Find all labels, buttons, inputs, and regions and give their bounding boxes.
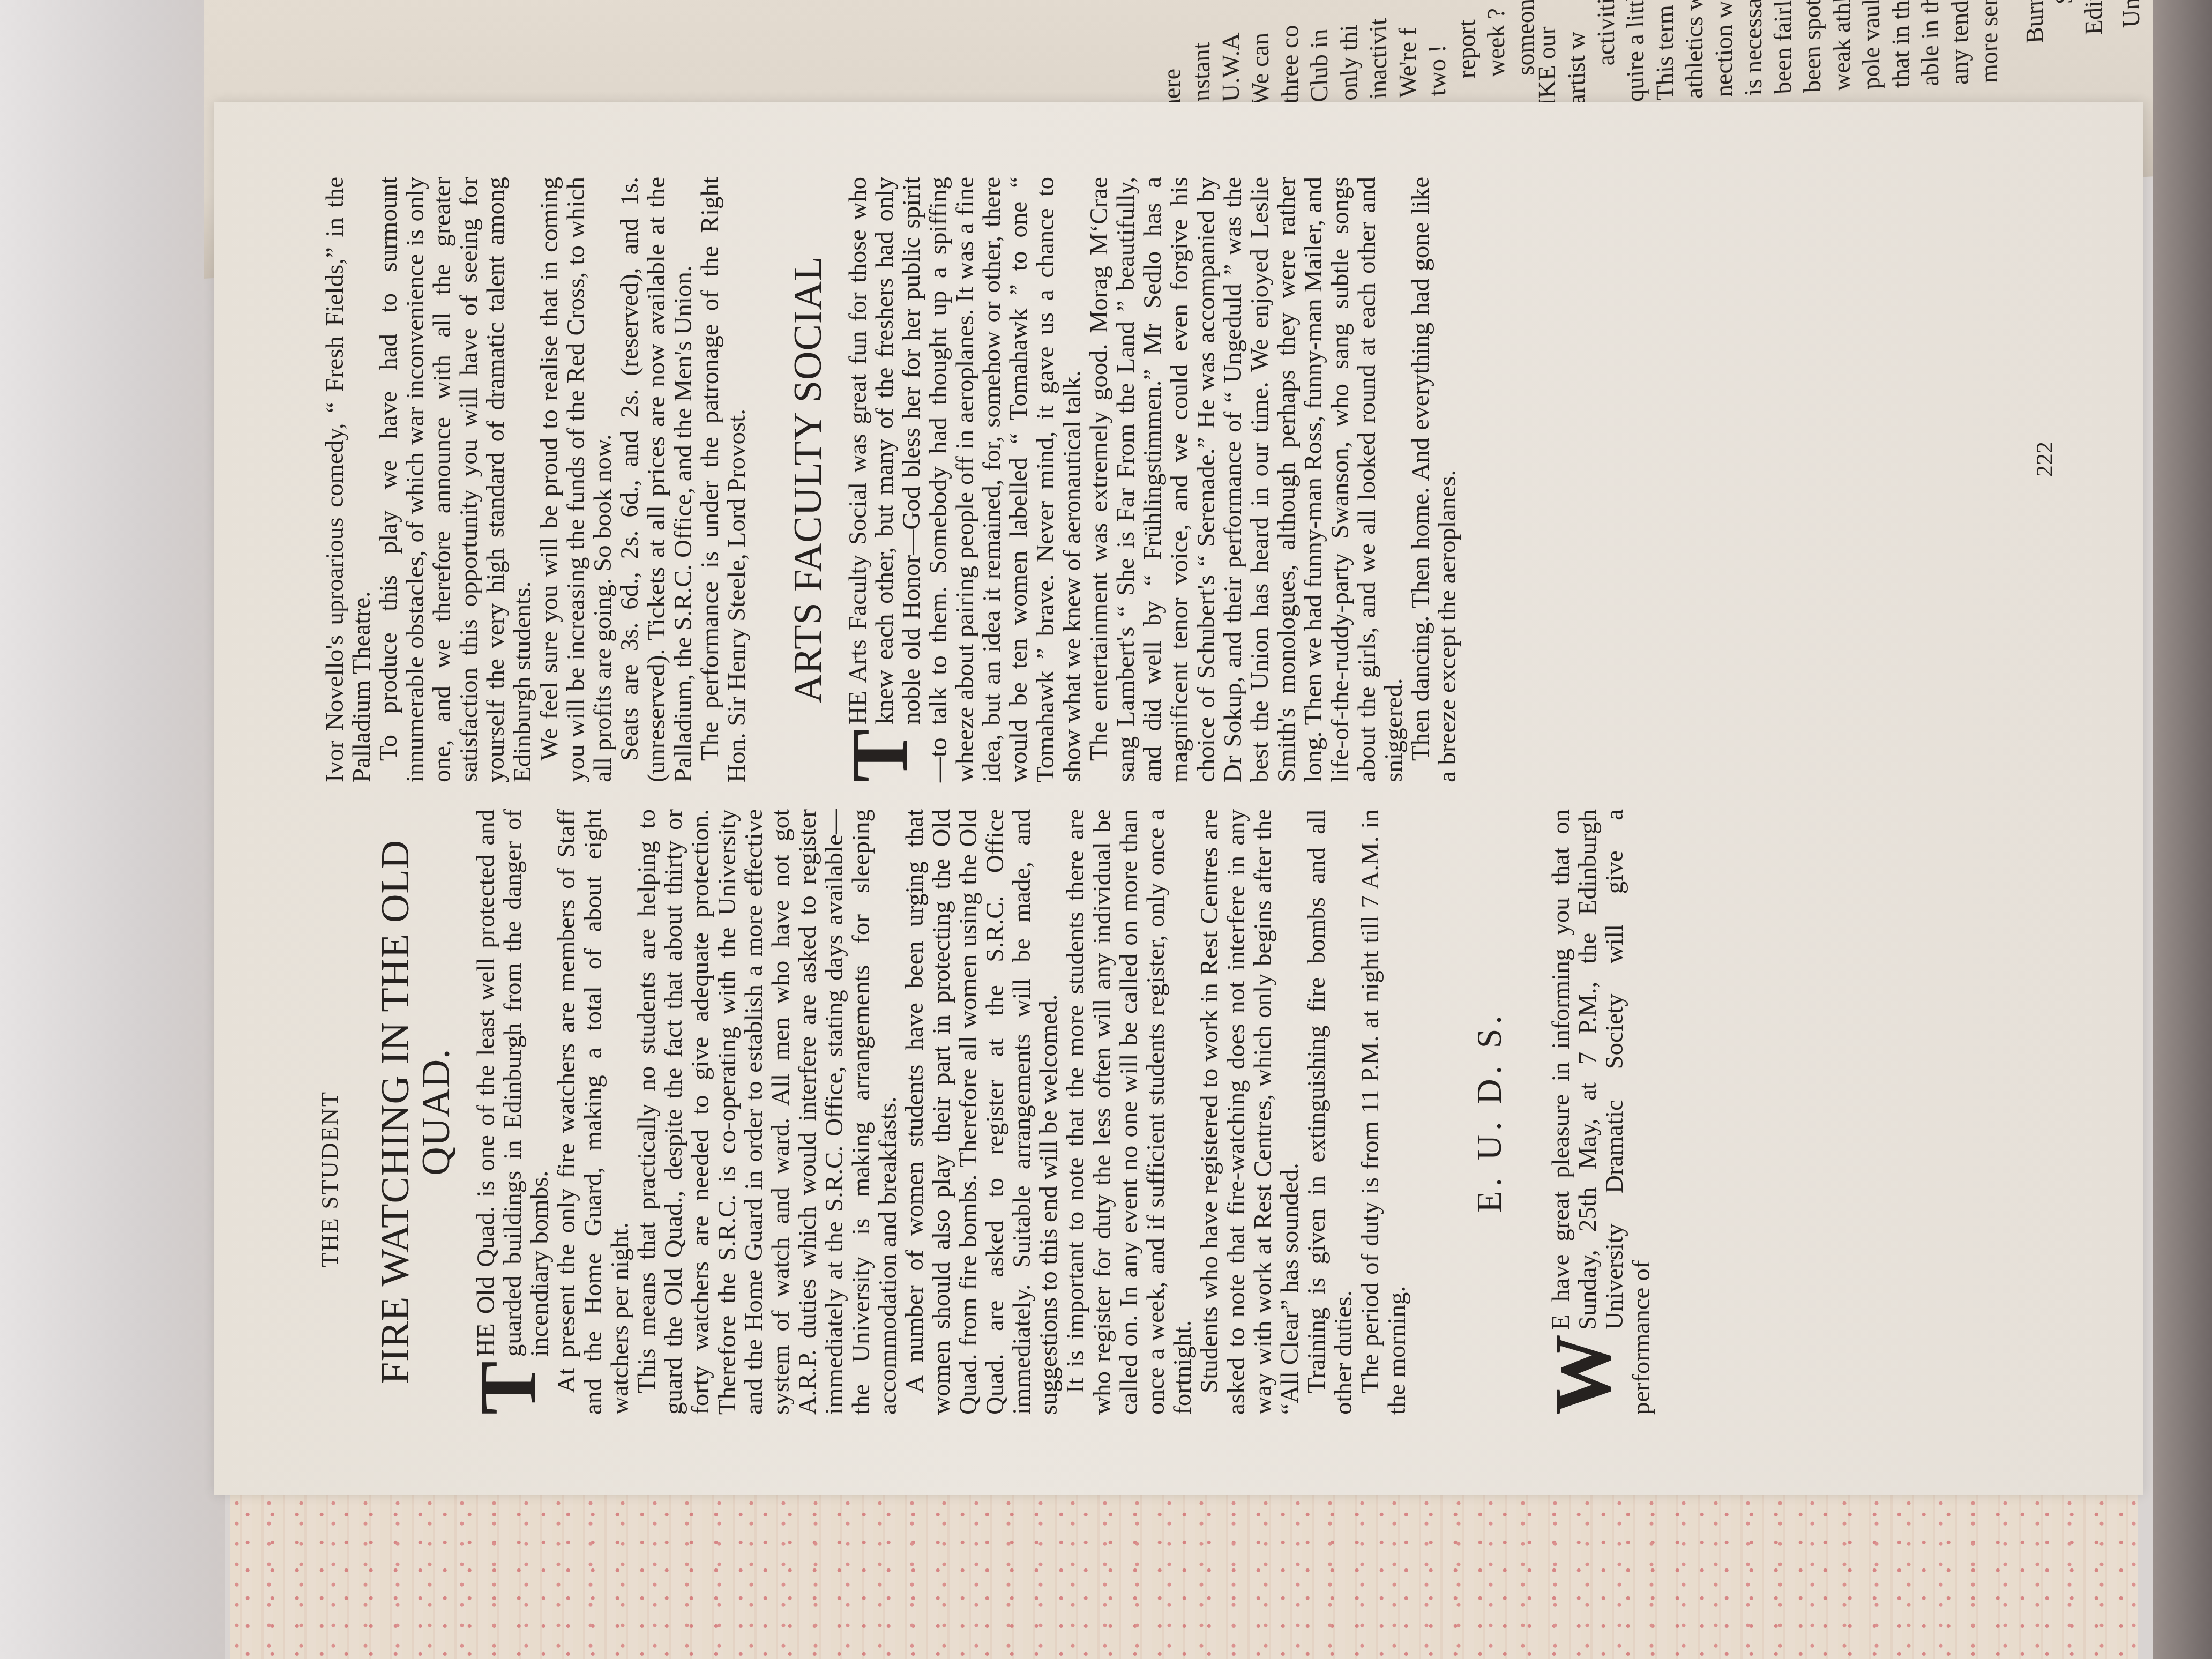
article-paragraph: At present the only fire watchers are me… <box>553 809 633 1415</box>
article-paragraph: It is important to note that the more st… <box>1062 809 1196 1415</box>
facing-fragment: week ? <box>1482 7 1510 78</box>
article-title-euds: E. U. D. S. <box>1469 809 1510 1415</box>
running-head: THE STUDENT <box>316 863 343 1495</box>
facing-fragment: more seri <box>1975 0 2003 84</box>
article-paragraph: This means that practically no students … <box>633 809 901 1415</box>
page-block-edge <box>230 1495 2138 1659</box>
article-paragraph: The performance is under the patronage o… <box>697 177 750 782</box>
article-paragraph: Training is given in extinguishing fire … <box>1303 809 1357 1415</box>
facing-fragment: inactivit <box>1364 18 1392 100</box>
facing-fragment: Burnt <box>2020 0 2049 44</box>
facing-fragment: two ! <box>1423 44 1451 97</box>
facing-fragment: pole vault, <box>1857 0 1885 90</box>
facing-fragment: been fairly <box>1768 0 1797 95</box>
facing-fragment: This term <box>1650 4 1679 101</box>
facing-fragment: artist w <box>1562 31 1590 106</box>
article-paragraph: To produce this play we have had to surm… <box>375 177 536 782</box>
right-column: Ivor Novello's uproarious comedy, “ Fres… <box>322 177 1461 782</box>
dropcap: W <box>1551 1334 1615 1415</box>
facing-fragment: someon <box>1511 0 1540 76</box>
dropcap: T <box>848 729 912 782</box>
article-title-arts-faculty-social: ARTS FACULTY SOCIAL <box>788 177 828 782</box>
article-paragraph: The entertainment was extremely good. Mo… <box>1086 177 1407 782</box>
article-paragraph: THE Arts Faculty Social was great fun fo… <box>845 177 1086 782</box>
facing-fragment: report <box>1452 19 1481 79</box>
facing-fragment: activities <box>1591 0 1620 66</box>
facing-fragment: nection with <box>1709 0 1738 98</box>
facing-fragment: Club in <box>1305 28 1333 103</box>
article-paragraph: A number of women students have been urg… <box>901 809 1062 1415</box>
dropcap: T <box>476 1361 540 1415</box>
article-paragraph: Seats are 3s. 6d., 2s. 6d., and 2s. (res… <box>616 177 697 782</box>
facing-fragment: able in th <box>1916 0 1944 87</box>
facing-fragment: We can <box>1246 32 1274 106</box>
article-title-fire-watching: FIRE WATCHING IN THE OLD QUAD. <box>375 809 457 1415</box>
facing-fragment: quire a little <box>1621 0 1649 102</box>
facing-fragment: three co <box>1275 25 1304 105</box>
article-paragraph: WE have great pleasure in informing you … <box>1548 809 1655 1415</box>
article-paragraph: THE Old Quad. is one of the least well p… <box>473 809 553 1415</box>
facing-fragment: athletics wit <box>1680 0 1708 100</box>
facing-fragment: weak athl <box>1827 0 1856 92</box>
page-number: 222 <box>2031 442 2058 477</box>
page-content-rotated: THE STUDENT FIRE WATCHING IN THE OLD QUA… <box>214 102 2143 1495</box>
facing-fragment: is necessary <box>1739 0 1767 96</box>
book-page: THE STUDENT FIRE WATCHING IN THE OLD QUA… <box>214 102 2143 1495</box>
article-paragraph: We feel sure you will be proud to realis… <box>536 177 616 782</box>
book-cover-edge <box>2153 0 2212 1659</box>
red-sprinkled-edge <box>230 1495 2138 1659</box>
facing-fragment: only thi <box>1334 24 1363 102</box>
facing-fragment: Univ <box>2117 0 2145 28</box>
facing-fragment: We're f <box>1393 27 1422 99</box>
facing-fragment: been spot <box>1798 0 1826 93</box>
article-paragraph: The period of duty is from 11 P.M. at ni… <box>1357 809 1410 1415</box>
article-paragraph: Students who have registered to work in … <box>1196 809 1303 1415</box>
article-paragraph: Ivor Novello's uproarious comedy, “ Fres… <box>322 177 375 782</box>
facing-fragment: Edinb <box>2079 0 2108 36</box>
left-column: FIRE WATCHING IN THE OLD QUAD. THE Old Q… <box>364 809 1655 1415</box>
facing-fragment: S <box>2050 0 2078 5</box>
facing-fragment: that in th <box>1886 0 1915 88</box>
facing-fragment: any tende <box>1945 0 1974 86</box>
article-paragraph: Then dancing. Then home. And everything … <box>1407 177 1461 782</box>
background-cloth <box>0 0 225 1659</box>
